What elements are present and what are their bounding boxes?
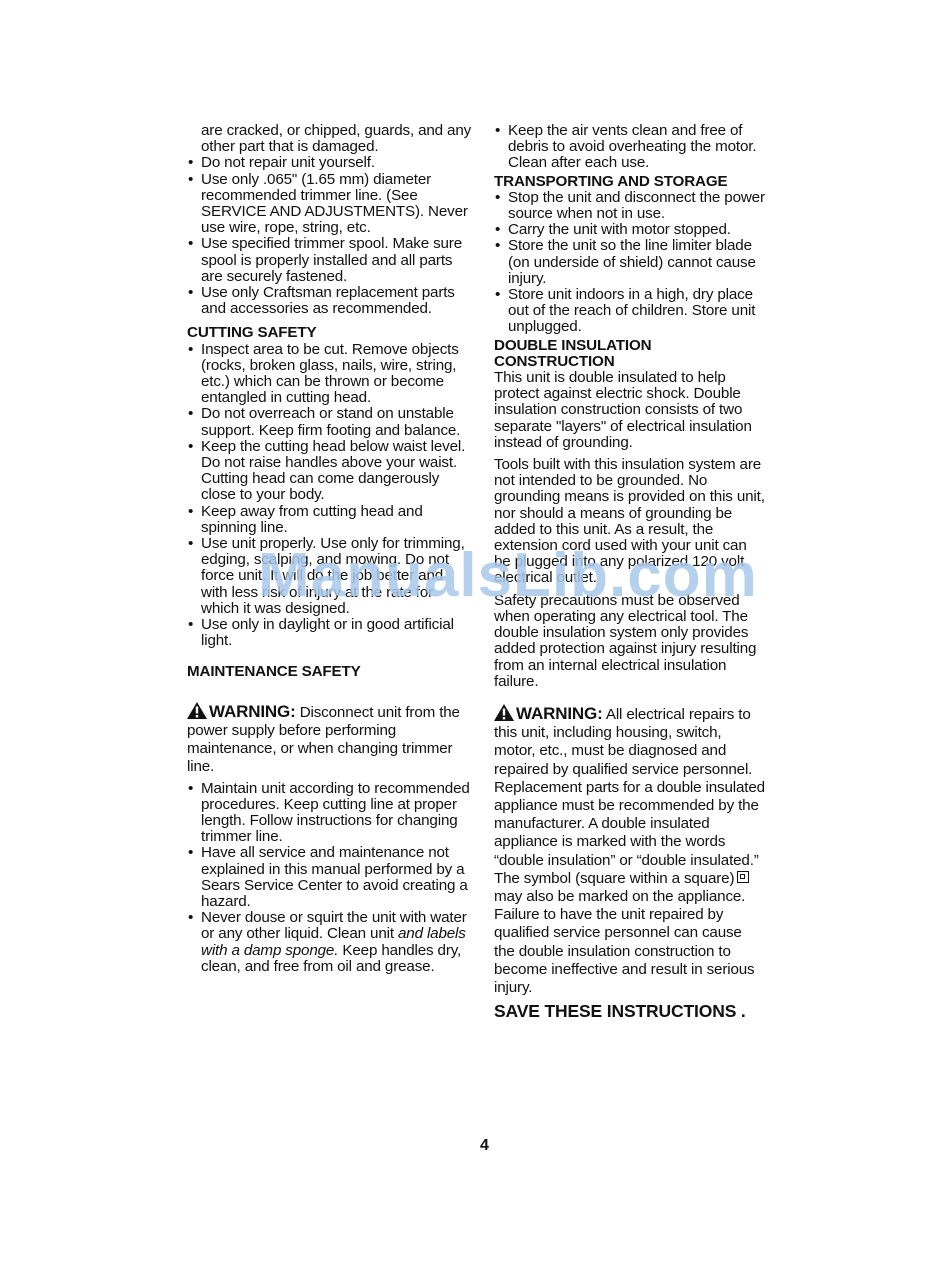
list-item: Have all service and maintenance not exp… — [187, 845, 472, 910]
maintenance-warning: WARNING: Disconnect unit from the power … — [187, 702, 472, 777]
save-instructions-heading: SAVE THESE INSTRUCTIONS . — [494, 1003, 766, 1019]
right-column: Keep the air vents clean and free of deb… — [494, 123, 766, 1019]
warning-triangle-icon — [187, 702, 207, 719]
list-item: Store unit indoors in a high, dry place … — [494, 287, 766, 336]
list-item: Use only Craftsman replacement parts and… — [187, 285, 472, 317]
list-item: Use unit properly. Use only for trimming… — [187, 536, 472, 617]
double-insulation-symbol-icon — [737, 871, 749, 883]
list-item: Keep the air vents clean and free of deb… — [494, 123, 766, 172]
double-insulation-paragraph: Tools built with this insulation system … — [494, 457, 766, 587]
right-intro-bullet-list: Keep the air vents clean and free of deb… — [494, 123, 766, 172]
maintenance-safety-heading: MAINTENANCE SAFETY — [187, 664, 472, 680]
maintenance-safety-list: Maintain unit according to recommended p… — [187, 781, 472, 975]
double-insulation-heading: DOUBLE INSULATION CONSTRUCTION — [494, 338, 674, 370]
list-item: Do not overreach or stand on unstable su… — [187, 406, 472, 438]
list-item: Keep away from cutting head and spinning… — [187, 504, 472, 536]
list-item: Never douse or squirt the unit with wate… — [187, 910, 472, 975]
page-number: 4 — [480, 1137, 489, 1155]
list-item: Carry the unit with motor stopped. — [494, 222, 766, 238]
list-item: Use only in daylight or in good artifici… — [187, 617, 472, 649]
list-item: Use only .065" (1.65 mm) diameter recomm… — [187, 172, 472, 237]
list-item: Stop the unit and disconnect the power s… — [494, 190, 766, 222]
electrical-repairs-warning: WARNING: All electrical repairs to this … — [494, 704, 766, 997]
warning-triangle-icon — [494, 704, 514, 721]
intro-continuation: are cracked, or chipped, guards, and any… — [187, 123, 472, 155]
list-item: Do not repair unit yourself. — [187, 155, 472, 171]
transporting-storage-list: Stop the unit and disconnect the power s… — [494, 190, 766, 336]
warning-label: WARNING: — [209, 702, 296, 721]
double-insulation-paragraph: This unit is double insulated to help pr… — [494, 370, 766, 451]
list-item: Store the unit so the line limiter blade… — [494, 238, 766, 287]
list-item: Use specified trimmer spool. Make sure s… — [187, 236, 472, 285]
intro-bullet-list: Do not repair unit yourself. Use only .0… — [187, 155, 472, 317]
list-item: Maintain unit according to recommended p… — [187, 781, 472, 846]
transporting-storage-heading: TRANSPORTING AND STORAGE — [494, 174, 766, 190]
warning-text: All electrical repairs to this unit, inc… — [494, 706, 765, 887]
list-item: Inspect area to be cut. Remove objects (… — [187, 342, 472, 407]
cutting-safety-heading: CUTTING SAFETY — [187, 325, 472, 341]
left-column: are cracked, or chipped, guards, and any… — [187, 123, 472, 975]
warning-text: may also be marked on the appliance. Fai… — [494, 888, 755, 996]
cutting-safety-list: Inspect area to be cut. Remove objects (… — [187, 342, 472, 650]
double-insulation-paragraph: Safety precautions must be observed when… — [494, 593, 766, 690]
warning-label: WARNING: — [516, 704, 603, 723]
list-item: Keep the cutting head below waist level.… — [187, 439, 472, 504]
